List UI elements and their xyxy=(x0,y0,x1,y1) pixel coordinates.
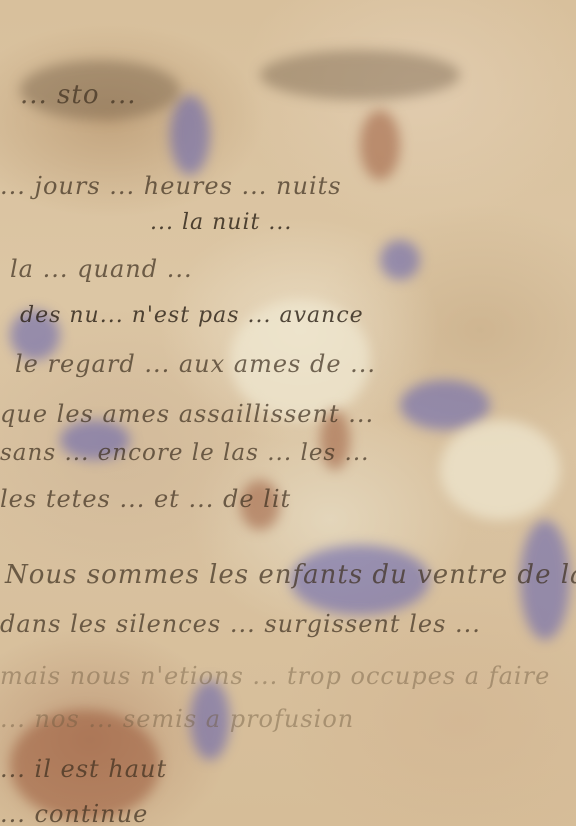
handwritten-line: les tetes ... et ... de lit xyxy=(0,485,291,513)
handwritten-line: Nous sommes les enfants du ventre de la … xyxy=(5,560,576,590)
handwritten-line: ... nos ... semis a profusion xyxy=(0,705,354,733)
abstract-painting: ... sto ... ... jours ... heures ... nui… xyxy=(0,0,576,826)
blue-stroke xyxy=(400,380,490,430)
pale-wash xyxy=(440,420,560,520)
handwritten-line: ... continue xyxy=(0,800,148,826)
blue-stroke xyxy=(380,240,420,280)
handwritten-line: ... jours ... heures ... nuits xyxy=(0,172,342,200)
handwritten-line: la ... quand ... xyxy=(10,255,193,283)
handwritten-line: sans ... encore le las ... les ... xyxy=(0,440,369,466)
handwritten-line: ... la nuit ... xyxy=(150,210,292,235)
handwritten-line: des nu... n'est pas ... avance xyxy=(20,303,364,328)
handwritten-line: ... il est haut xyxy=(0,755,167,783)
handwritten-line: dans les silences ... surgissent les ... xyxy=(0,610,481,638)
handwritten-line: mais nous n'etions ... trop occupes a fa… xyxy=(0,662,550,690)
dark-wash xyxy=(260,50,460,100)
handwritten-line: que les ames assaillissent ... xyxy=(0,400,374,428)
blue-stroke xyxy=(170,95,210,175)
handwritten-line: le regard ... aux ames de ... xyxy=(15,350,376,378)
handwritten-line: ... sto ... xyxy=(20,80,137,110)
rust-stroke xyxy=(360,110,400,180)
